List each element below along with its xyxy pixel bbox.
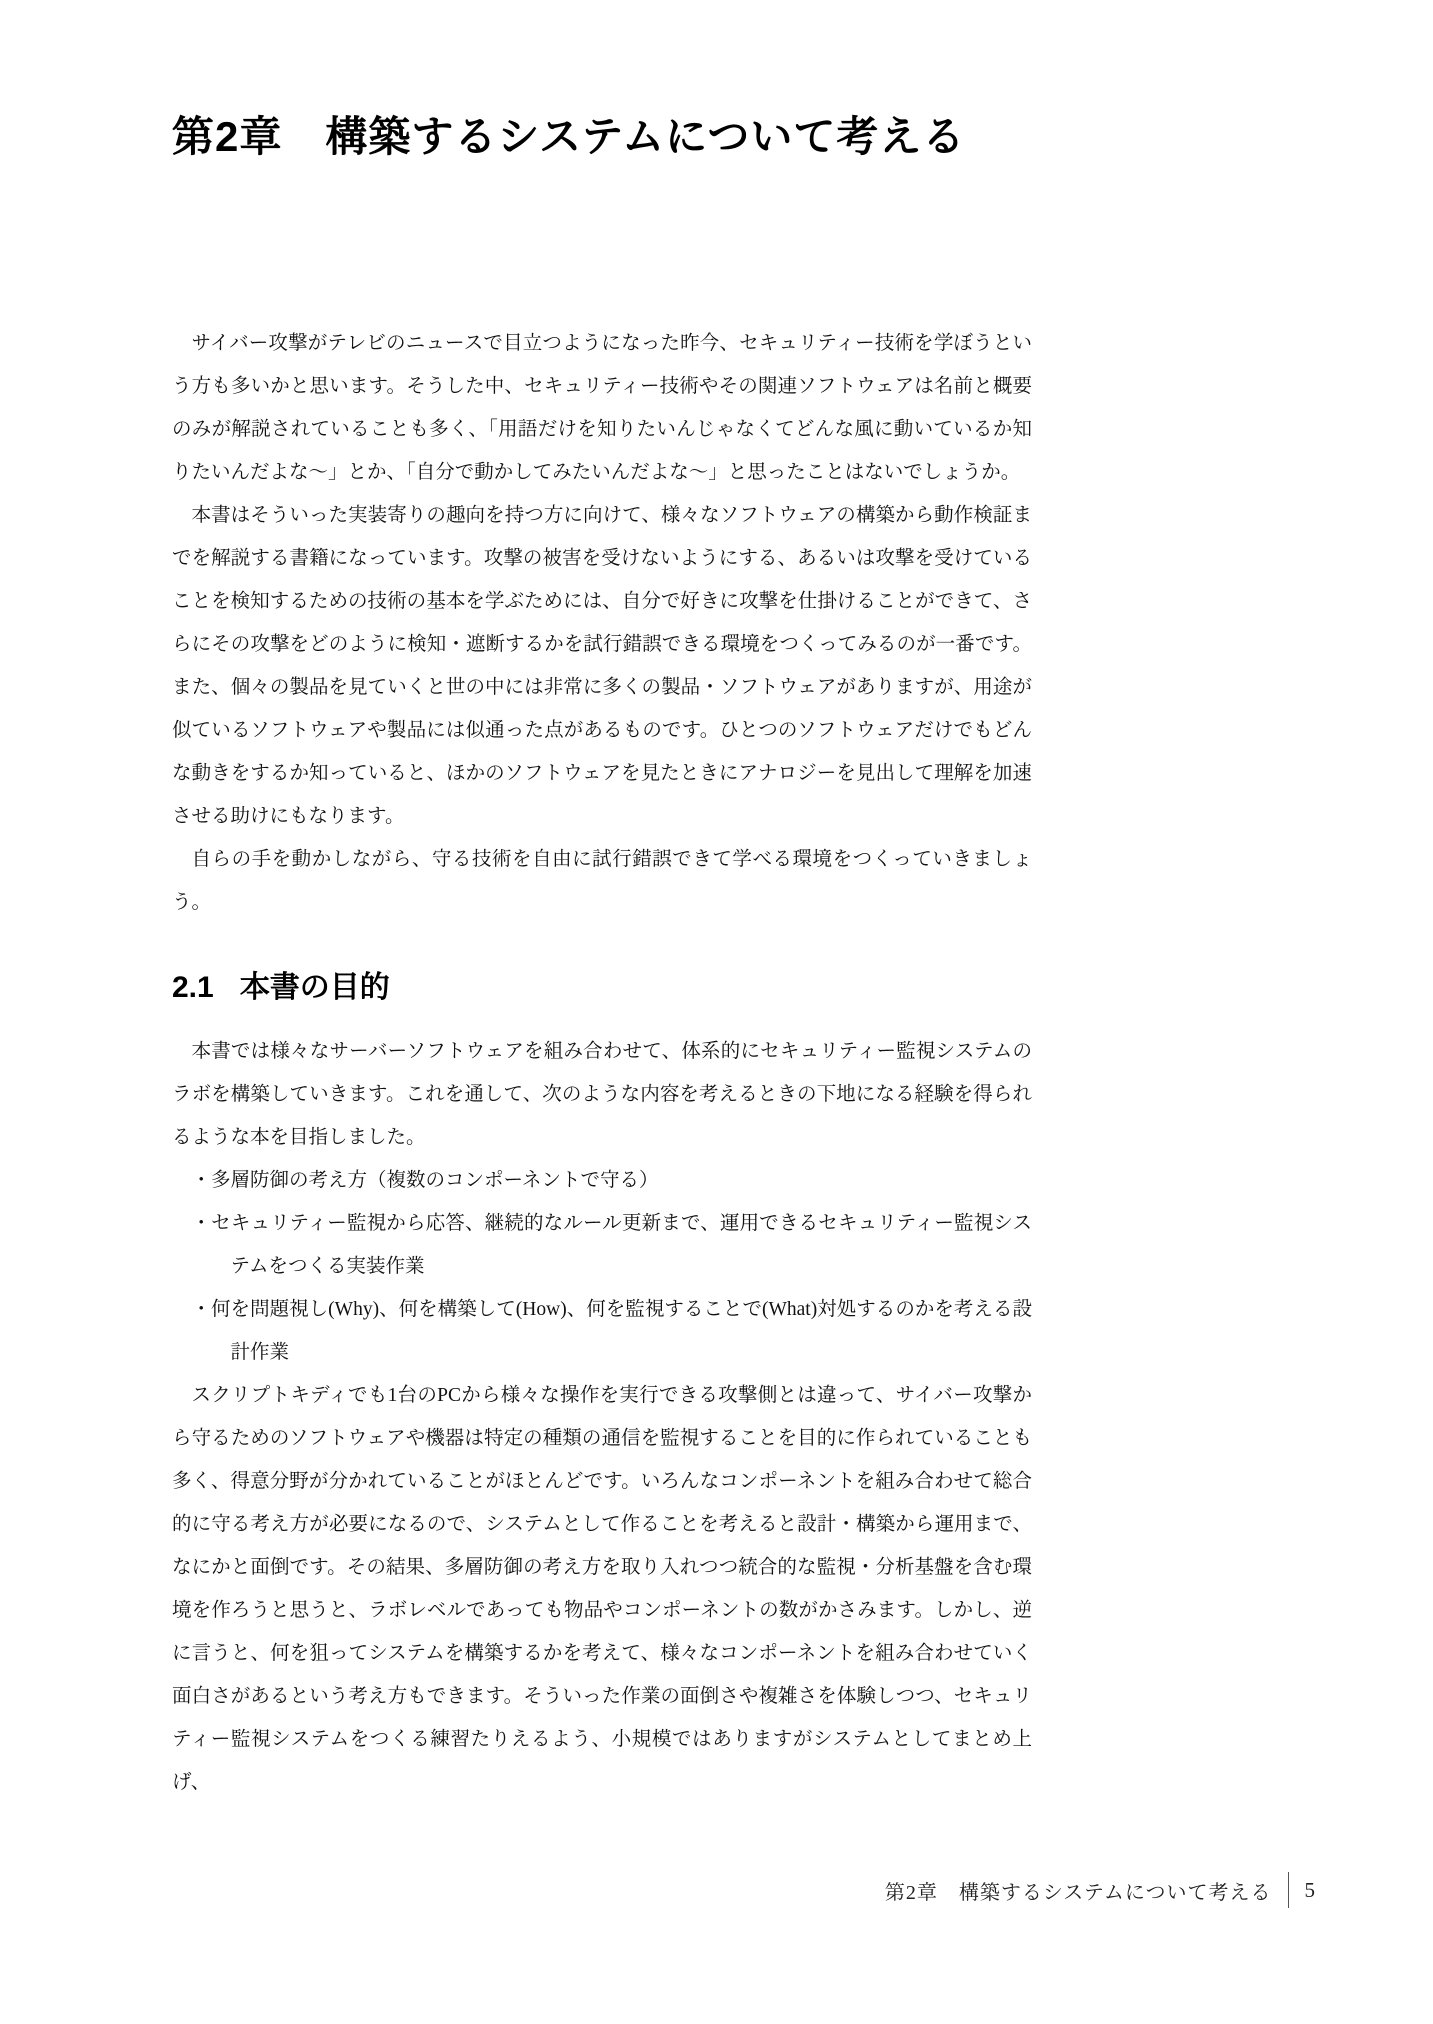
intro-section: サイバー攻撃がテレビのニュースで目立つようになった昨今、セキュリティー技術を学ぼ… <box>172 322 1032 924</box>
footer-divider <box>1288 1872 1289 1908</box>
section-lead-paragraph: 本書では様々なサーバーソフトウェアを組み合わせて、体系的にセキュリティー監視シス… <box>172 1030 1032 1159</box>
book-page: 第2章 構築するシステムについて考える サイバー攻撃がテレビのニュースで目立つよ… <box>0 0 1433 2024</box>
page-footer: 第2章 構築するシステムについて考える 5 <box>885 1872 1315 1908</box>
bullet-item-design-work: ・何を問題視し(Why)、何を構築して(How)、何を監視することで(What)… <box>172 1288 1032 1374</box>
footer-chapter-label: 第2章 構築するシステムについて考える <box>885 1876 1272 1905</box>
intro-paragraph-3: 自らの手を動かしながら、守る技術を自由に試行錯誤できて学べる環境をつくっていきま… <box>172 838 1032 924</box>
section-closing-paragraph: スクリプトキディでも1台のPCから様々な操作を実行できる攻撃側とは違って、サイバ… <box>172 1374 1032 1804</box>
bullet-item-implementation-work: ・セキュリティー監視から応答、継続的なルール更新まで、運用できるセキュリティー監… <box>172 1202 1032 1288</box>
intro-paragraph-1: サイバー攻撃がテレビのニュースで目立つようになった昨今、セキュリティー技術を学ぼ… <box>172 322 1032 494</box>
objective-bullet-list: ・多層防御の考え方（複数のコンポーネントで守る） ・セキュリティー監視から応答、… <box>172 1159 1032 1374</box>
bullet-item-defense-in-depth: ・多層防御の考え方（複数のコンポーネントで守る） <box>172 1159 1032 1202</box>
section-number: 2.1 <box>172 971 214 1004</box>
intro-paragraph-2: 本書はそういった実装寄りの趣向を持つ方に向けて、様々なソフトウェアの構築から動作… <box>172 494 1032 838</box>
chapter-title: 第2章 構築するシステムについて考える <box>172 112 1032 162</box>
page-number: 5 <box>1305 1878 1316 1903</box>
section-title: 本書の目的 <box>240 971 390 1004</box>
page-content: 第2章 構築するシステムについて考える サイバー攻撃がテレビのニュースで目立つよ… <box>172 0 1032 1804</box>
section-heading: 2.1本書の目的 <box>172 970 1032 1006</box>
